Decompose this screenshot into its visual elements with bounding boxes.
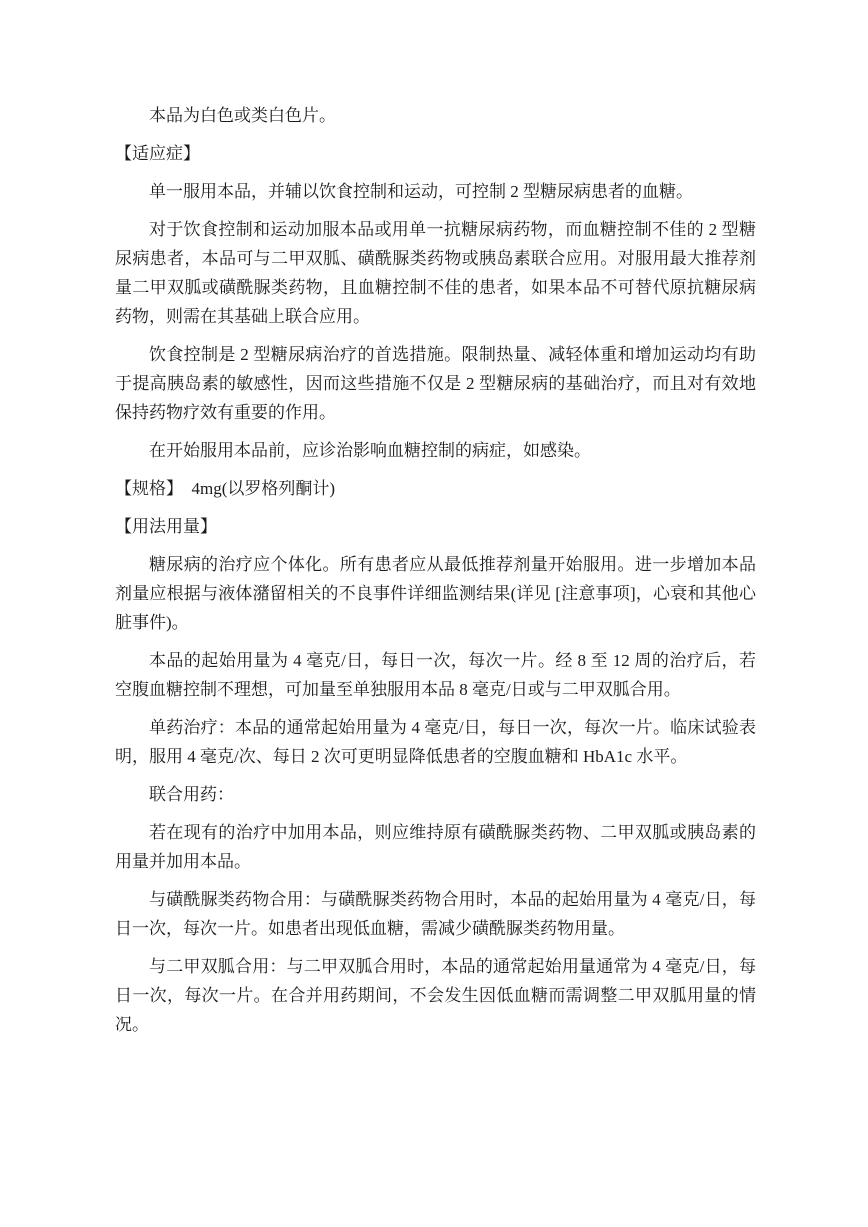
paragraph: 本品为白色或类白色片。 — [115, 101, 756, 130]
paragraph: 在开始服用本品前，应诊治影响血糖控制的病症，如感染。 — [115, 436, 756, 465]
section-heading: 【用法用量】 — [115, 512, 756, 541]
document-body: 本品为白色或类白色片。【适应症】单一服用本品，并辅以饮食控制和运动，可控制 2 … — [115, 101, 756, 1039]
paragraph: 若在现有的治疗中加用本品，则应维持原有磺酰脲类药物、二甲双胍或胰岛素的用量并加用… — [115, 818, 756, 876]
paragraph: 与磺酰脲类药物合用：与磺酰脲类药物合用时，本品的起始用量为 4 毫克/日，每日一… — [115, 885, 756, 943]
paragraph: 单药治疗：本品的通常起始用量为 4 毫克/日，每日一次，每次一片。临床试验表明，… — [115, 713, 756, 771]
paragraph: 糖尿病的治疗应个体化。所有患者应从最低推荐剂量开始服用。进一步增加本品剂量应根据… — [115, 550, 756, 637]
paragraph: 单一服用本品，并辅以饮食控制和运动，可控制 2 型糖尿病患者的血糖。 — [115, 177, 756, 206]
paragraph: 饮食控制是 2 型糖尿病治疗的首选措施。限制热量、减轻体重和增加运动均有助于提高… — [115, 340, 756, 427]
section-heading: 【规格】 4mg(以罗格列酮计) — [115, 474, 756, 503]
paragraph: 本品的起始用量为 4 毫克/日，每日一次，每次一片。经 8 至 12 周的治疗后… — [115, 646, 756, 704]
document-page: 本品为白色或类白色片。【适应症】单一服用本品，并辅以饮食控制和运动，可控制 2 … — [0, 0, 868, 1227]
paragraph: 对于饮食控制和运动加服本品或用单一抗糖尿病药物，而血糖控制不佳的 2 型糖尿病患… — [115, 215, 756, 331]
section-heading: 【适应症】 — [115, 139, 756, 168]
paragraph: 联合用药： — [115, 780, 756, 809]
paragraph: 与二甲双胍合用：与二甲双胍合用时，本品的通常起始用量通常为 4 毫克/日，每日一… — [115, 952, 756, 1039]
